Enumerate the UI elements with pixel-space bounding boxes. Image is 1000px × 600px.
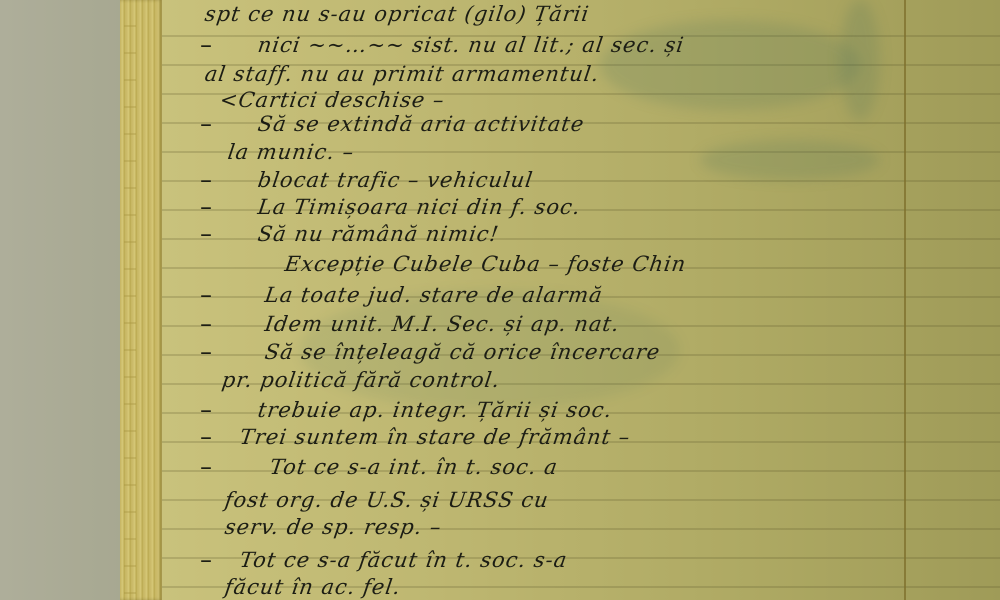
handwritten-line: Idem unit. M.I. Sec. și ap. nat. — [263, 312, 621, 336]
background-surface — [0, 0, 122, 600]
margin-line — [904, 0, 906, 600]
list-dash: – — [200, 193, 212, 221]
notebook-page-edges — [120, 0, 162, 600]
handwritten-line: făcut în ac. fel. — [223, 575, 402, 599]
handwritten-line: Să se înțeleagă că orice încercare — [263, 340, 662, 364]
list-dash: – — [200, 110, 212, 138]
handwritten-line: trebuie ap. integr. Țării și soc. — [256, 398, 614, 422]
handwritten-line: la munic. – — [226, 140, 356, 164]
list-dash: – — [200, 423, 212, 451]
handwritten-line: Tot ce s-a făcut în t. soc. s-a — [238, 548, 569, 572]
list-dash: – — [200, 220, 212, 248]
handwritten-line: al staff. nu au primit armamentul. — [203, 62, 601, 86]
list-dash: – — [200, 166, 212, 194]
handwritten-line: Să nu rămână nimic! — [256, 222, 500, 246]
handwritten-line: La toate jud. stare de alarmă — [263, 283, 604, 307]
list-dash: – — [200, 31, 212, 59]
pencil-smudge — [840, 0, 880, 120]
handwritten-line: Să se extindă aria activitate — [256, 112, 586, 136]
handwritten-line: blocat trafic – vehiculul — [256, 168, 534, 192]
list-dash: – — [200, 453, 212, 481]
page-edge-texture — [124, 0, 136, 600]
handwritten-line: nici ~~…~~ sist. nu al lit.; al sec. și — [256, 33, 686, 57]
handwritten-line: La Timișoara nici din f. soc. — [256, 195, 582, 219]
handwritten-line: fost org. de U.S. și URSS cu — [223, 488, 550, 512]
pencil-smudge — [700, 140, 880, 180]
handwritten-line: serv. de sp. resp. – — [223, 515, 443, 539]
handwritten-line: Excepție Cubele Cuba – foste Chin — [283, 252, 688, 276]
list-dash: – — [200, 281, 212, 309]
handwritten-line: <Cartici deschise – — [218, 88, 446, 112]
handwritten-line: Trei suntem în stare de frământ – — [238, 425, 632, 449]
handwritten-line: spt ce nu s-au opricat (gilo) Țării — [203, 2, 591, 26]
handwritten-line: pr. politică fără control. — [220, 368, 501, 392]
list-dash: – — [200, 396, 212, 424]
list-dash: – — [200, 338, 212, 366]
handwritten-line: Tot ce s-a int. în t. soc. a — [268, 455, 559, 479]
list-dash: – — [200, 546, 212, 574]
list-dash: – — [200, 310, 212, 338]
